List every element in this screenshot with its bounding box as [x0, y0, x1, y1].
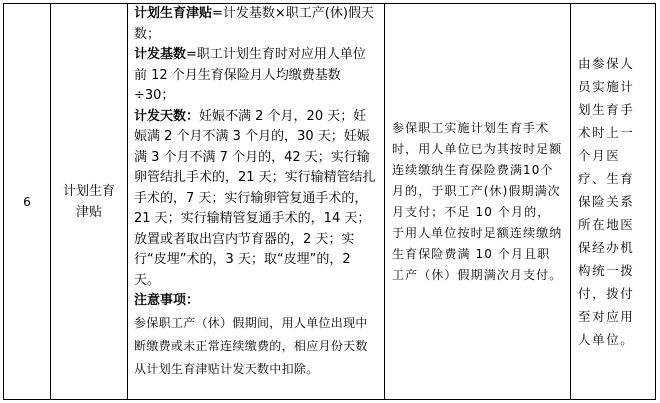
item-name: 计划生育津贴 — [61, 181, 117, 223]
item-name-cell: 计划生育津贴 — [51, 4, 128, 400]
formula-line-2: 计发基数=职工计划生育时对应用人单位前 12 个月生育保险月人均缴费基数÷30； — [134, 45, 378, 107]
formula-line-1: 计划生育津贴=计发基数×职工产(休)假天数； — [134, 4, 378, 45]
formula-text-days: 妊娠不满 2 个月，20 天；妊娠满 2 个月不满 3 个月的，30 天；妊娠满… — [134, 109, 376, 288]
formula-label-base: 计发基数 — [134, 47, 186, 62]
payment-time-cell: 参保职工实施计划生育手术时，用人单位已为其按时足额连续缴纳生育保险费满10个月的… — [385, 4, 571, 400]
note-label: 注意事项： — [134, 293, 199, 308]
payment-time: 参保职工实施计划生育手术时，用人单位已为其按时足额连续缴纳生育保险费满10个月的… — [392, 121, 562, 282]
benefit-table: 6 计划生育津贴 计划生育津贴=计发基数×职工产(休)假天数； 计发基数=职工计… — [3, 3, 656, 400]
formula-label-days: 计发天数： — [134, 109, 199, 124]
payment-method: 由参保人员实施计划生育手术时上一个月医疗、生育保险关系所在地医保经办机构统一拨付… — [578, 56, 634, 347]
row-index: 6 — [23, 195, 31, 209]
formula-line-3: 计发天数：妊娠不满 2 个月，20 天；妊娠满 2 个月不满 3 个月的，30 … — [134, 107, 378, 292]
note-text: 参保职工产（休）假期间，用人单位出现中断缴费或未正常连续缴费的，相应月份天数从计… — [134, 312, 378, 381]
payment-method-cell: 由参保人员实施计划生育手术时上一个月医疗、生育保险关系所在地医保经办机构统一拨付… — [571, 4, 656, 400]
note-heading: 注意事项： — [134, 291, 378, 312]
row-index-cell: 6 — [4, 4, 51, 400]
table-row: 6 计划生育津贴 计划生育津贴=计发基数×职工产(休)假天数； 计发基数=职工计… — [4, 4, 656, 400]
formula-cell: 计划生育津贴=计发基数×职工产(休)假天数； 计发基数=职工计划生育时对应用人单… — [128, 4, 385, 400]
formula-label-allowance: 计划生育津贴 — [134, 6, 212, 21]
